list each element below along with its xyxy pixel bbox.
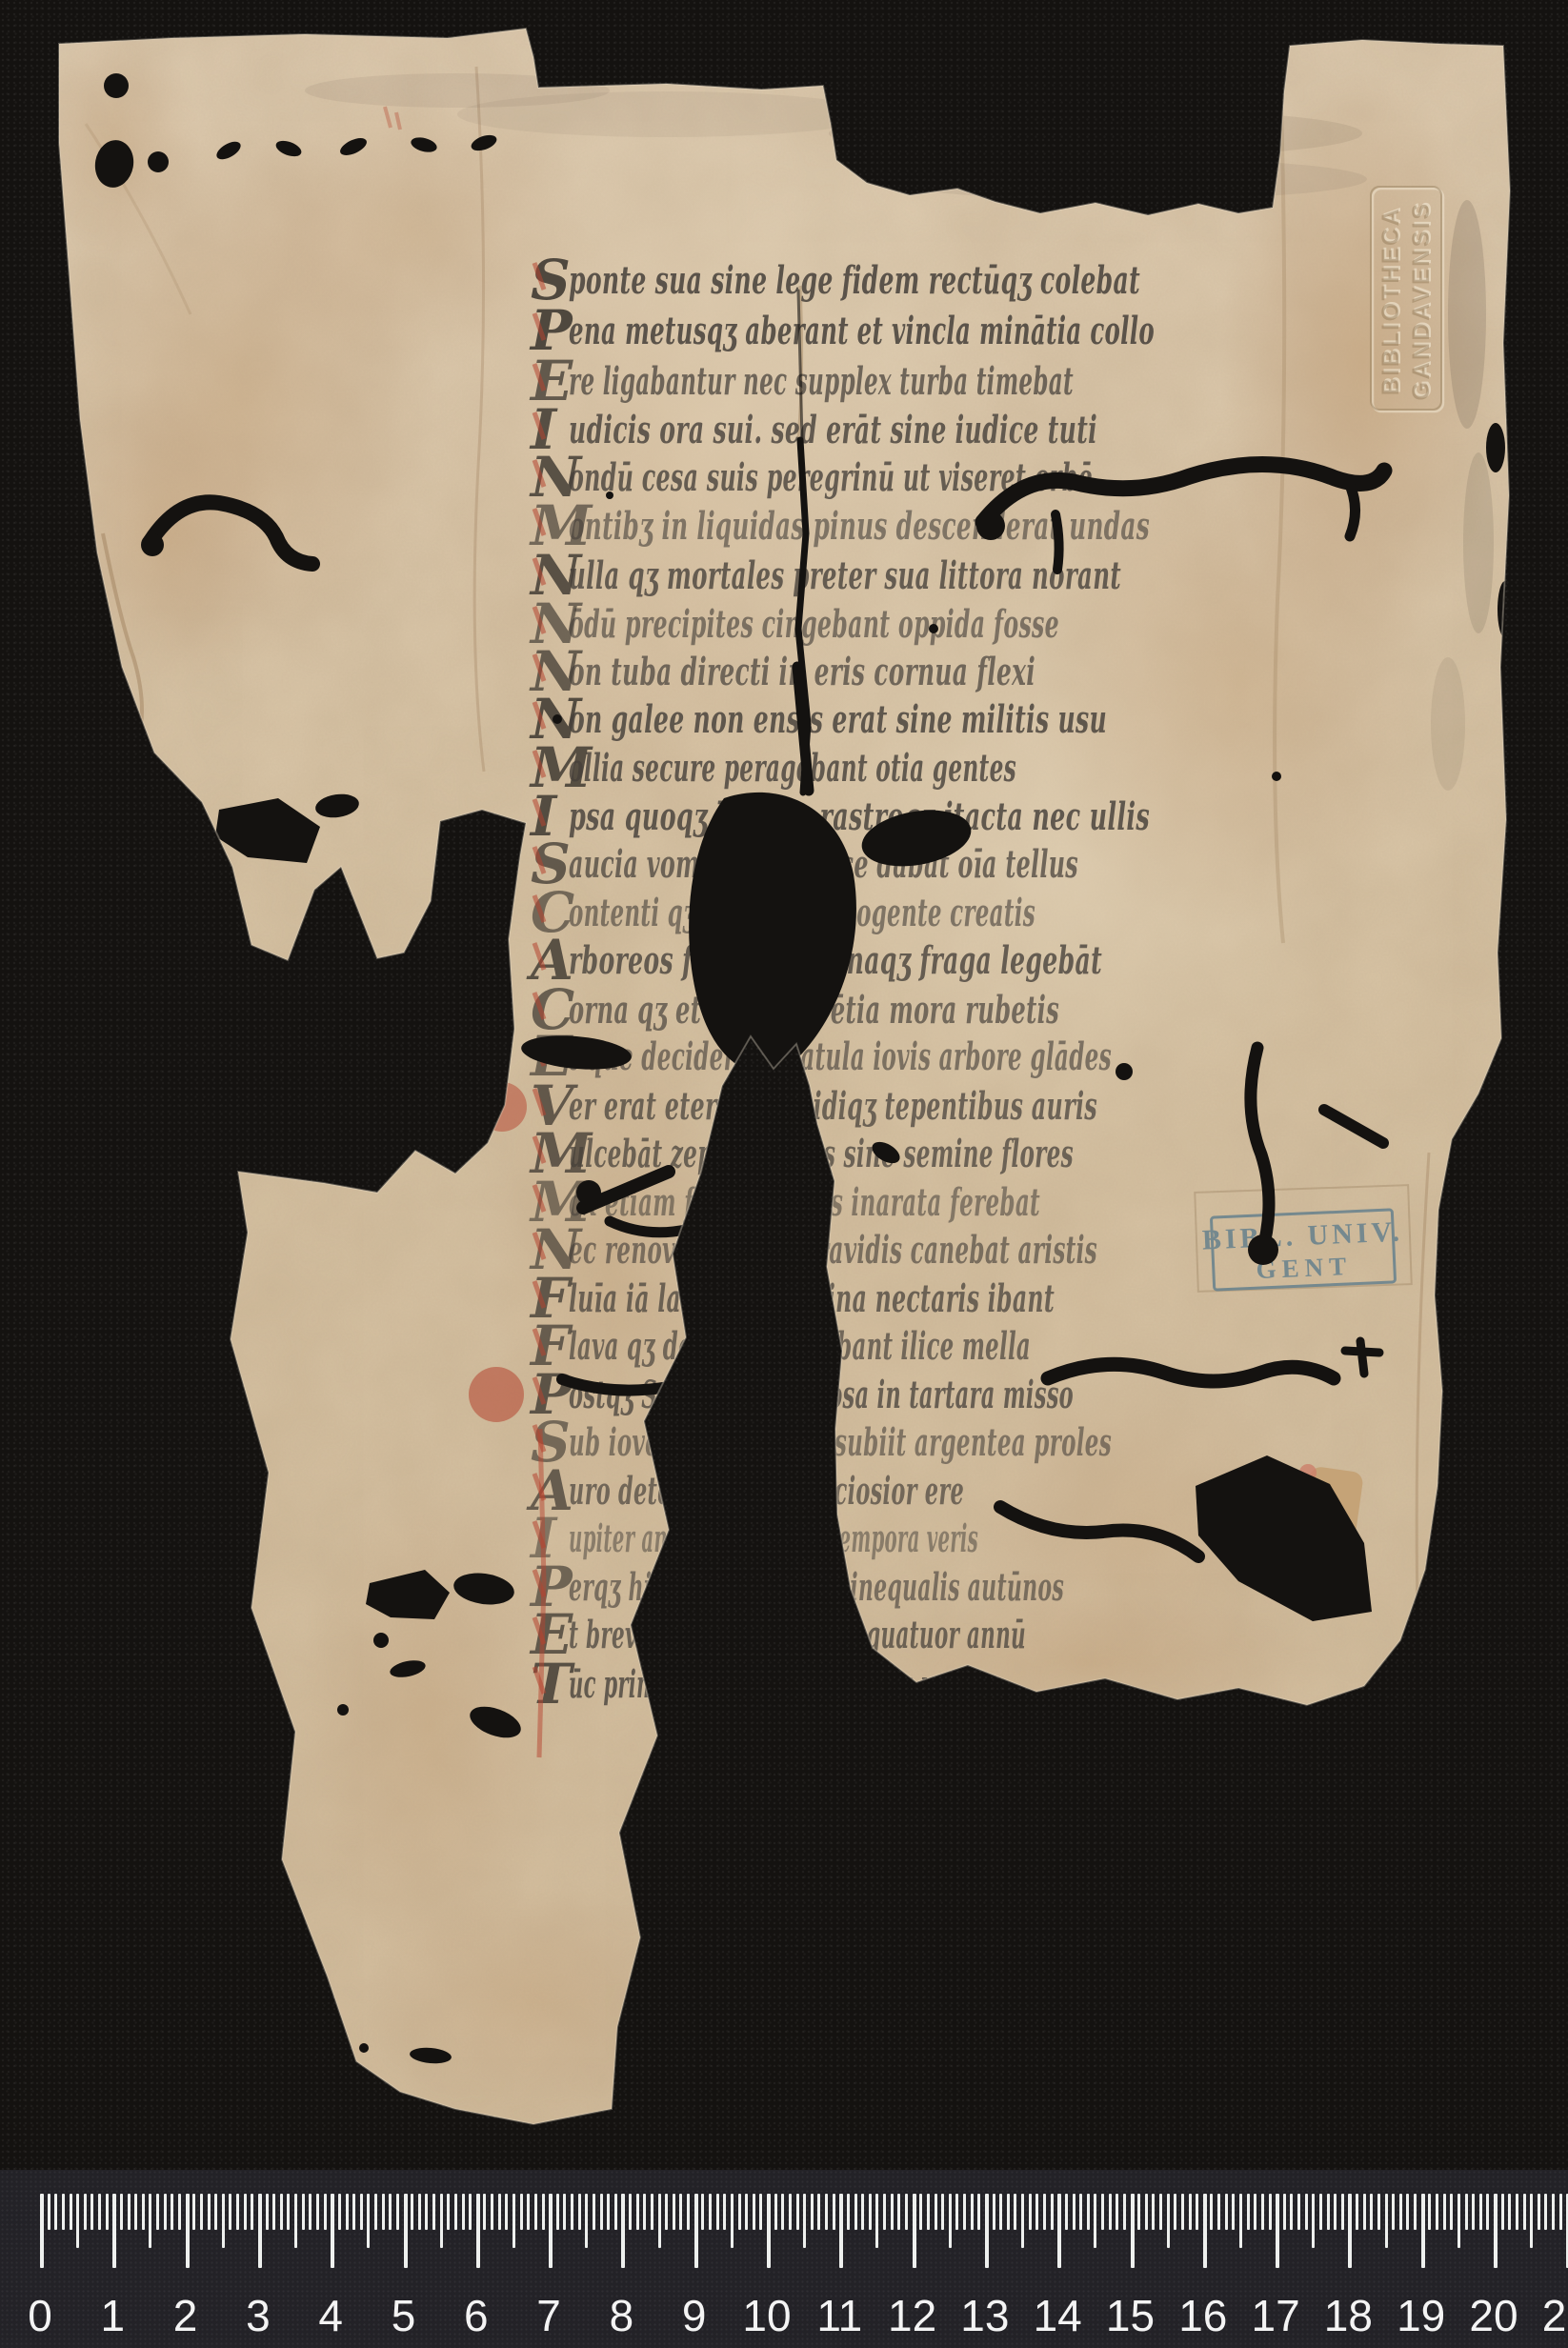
ruler-number: 18 — [1310, 2290, 1386, 2341]
ruler-tick-mm — [781, 2194, 784, 2230]
ruler-tick-mm — [673, 2194, 675, 2230]
centimeter-ruler: 0123456789101112131415161718192021 — [0, 2170, 1568, 2348]
ruler-tick-cm — [549, 2194, 553, 2268]
ruler-tick-mm — [971, 2194, 974, 2230]
ruler-tick-mm — [701, 2194, 704, 2230]
ruler-number: 1 — [74, 2290, 151, 2341]
ruler-tick-mm — [1101, 2194, 1104, 2230]
ruler-tick-mm — [1196, 2194, 1198, 2230]
ruler-tick-mm — [1406, 2194, 1409, 2230]
ruler-tick-mm — [1399, 2194, 1402, 2230]
ruler-tick-mm — [1508, 2194, 1511, 2230]
ruler-tick-mm — [811, 2194, 814, 2230]
ruler-tick-mm — [491, 2194, 493, 2230]
ruler-tick-mm — [1516, 2194, 1518, 2230]
ruler-number: 19 — [1383, 2290, 1459, 2341]
ruler-tick-mm — [1043, 2194, 1046, 2230]
ruler-tick-mm — [1363, 2194, 1366, 2230]
ruler-tick-mm — [636, 2194, 639, 2230]
ruler-tick-cm — [767, 2194, 771, 2268]
ruler-tick-mm — [1486, 2194, 1489, 2230]
ruler-tick-mm — [1544, 2194, 1547, 2230]
ruler-number: 11 — [801, 2290, 877, 2341]
ruler-tick-mm — [76, 2194, 79, 2248]
ruler-tick-mm — [360, 2194, 363, 2230]
ruler-number: 15 — [1093, 2290, 1169, 2341]
ruler-tick-mm — [1450, 2194, 1453, 2230]
ruler-tick-mm — [1457, 2194, 1460, 2248]
manuscript-line: upiter antiqui contraxit tempora veris — [569, 1516, 978, 1561]
hole — [1272, 772, 1281, 781]
ruler-tick-mm — [1014, 2194, 1016, 2230]
ruler-tick-cm — [112, 2194, 116, 2268]
ruler-tick-cm — [1131, 2194, 1135, 2268]
ruler-number: 21 — [1528, 2290, 1568, 2341]
ruler-tick-mm — [833, 2194, 835, 2230]
ruler-tick-mm — [171, 2194, 173, 2230]
manuscript-photo: Sponte sua sine lege fidem rectūqʒ coleb… — [0, 0, 1568, 2348]
ruler-tick-mm — [1312, 2194, 1315, 2248]
ruler-tick-mm — [1269, 2194, 1272, 2230]
ruler-number: 16 — [1165, 2290, 1241, 2341]
ruler-tick-mm — [753, 2194, 755, 2230]
ruler-tick-mm — [411, 2194, 413, 2230]
ruler-tick-mm — [949, 2194, 952, 2248]
ruler-tick-mm — [993, 2194, 995, 2230]
ruler-tick-cm — [1276, 2194, 1279, 2268]
ruler-tick-mm — [1254, 2194, 1256, 2230]
ruler-tick-mm — [200, 2194, 203, 2230]
ruler-tick-mm — [440, 2194, 443, 2248]
ruler-tick-mm — [716, 2194, 719, 2230]
ruler-number: 20 — [1456, 2290, 1532, 2341]
manuscript-line: on galee non ensis erat sine militis usu — [569, 697, 1107, 742]
ruler-tick-mm — [208, 2194, 211, 2230]
ruler-tick-mm — [891, 2194, 894, 2230]
ruler-tick-mm — [963, 2194, 966, 2230]
ruler-tick-mm — [98, 2194, 101, 2230]
hole — [976, 512, 1005, 540]
ruler-tick-mm — [178, 2194, 181, 2230]
ruler-number: 8 — [583, 2290, 659, 2341]
ruler-tick-mm — [1073, 2194, 1075, 2230]
ruler-tick-mm — [803, 2194, 806, 2248]
ruler-tick-mm — [1021, 2194, 1024, 2248]
ruler-tick-cm — [913, 2194, 916, 2268]
ruler-tick-mm — [149, 2194, 151, 2248]
ruler-tick-mm — [62, 2194, 65, 2230]
ruler-number: 0 — [2, 2290, 78, 2341]
ruler-tick-mm — [759, 2194, 762, 2230]
svg-text:GANDAVENSIS: GANDAVENSIS — [1408, 201, 1435, 400]
ruler-tick-mm — [607, 2194, 610, 2230]
ruler-tick-mm — [70, 2194, 72, 2230]
ruler-tick-cm — [694, 2194, 698, 2268]
ruler-tick-mm — [534, 2194, 537, 2230]
ruler-tick-cm — [1421, 2194, 1425, 2268]
ruler-tick-mm — [1189, 2194, 1192, 2230]
ruler-tick-mm — [614, 2194, 617, 2230]
ruler-tick-cm — [40, 2194, 44, 2268]
ruler-tick-mm — [571, 2194, 573, 2230]
ruler-tick-mm — [1123, 2194, 1126, 2230]
ruler-tick-mm — [897, 2194, 900, 2230]
ruler-tick-mm — [1523, 2194, 1526, 2230]
ruler-tick-mm — [1051, 2194, 1054, 2230]
ruler-tick-mm — [1239, 2194, 1242, 2248]
ruler-tick-mm — [643, 2194, 646, 2230]
ruler-tick-mm — [90, 2194, 93, 2230]
ruler-tick-mm — [738, 2194, 741, 2230]
ruler-tick-mm — [367, 2194, 370, 2248]
ruler-tick-mm — [48, 2194, 50, 2230]
ruler-tick-mm — [338, 2194, 341, 2230]
hole — [1116, 1063, 1133, 1080]
hole — [141, 533, 164, 556]
manuscript-line: ponte sua sine lege fidem rectūqʒ coleba… — [569, 258, 1140, 303]
ruler-tick-mm — [1297, 2194, 1300, 2230]
ruler-tick-mm — [905, 2194, 908, 2230]
ruler-tick-mm — [563, 2194, 566, 2230]
ruler-tick-mm — [999, 2194, 1002, 2230]
manuscript-line: t que deciderant patula iovis arbore glā… — [569, 1034, 1112, 1079]
ruler-number: 10 — [729, 2290, 805, 2341]
hole — [1055, 514, 1059, 570]
ruler-tick-mm — [687, 2194, 690, 2230]
hole — [104, 73, 129, 98]
ruler-tick-mm — [251, 2194, 253, 2230]
ruler-tick-mm — [236, 2194, 239, 2230]
ruler-tick-mm — [629, 2194, 632, 2230]
ruler-number: 12 — [874, 2290, 951, 2341]
ruler-tick-mm — [309, 2194, 312, 2230]
ruler-tick-mm — [134, 2194, 137, 2230]
hole — [929, 624, 938, 633]
ruler-tick-cm — [1348, 2194, 1352, 2268]
ruler-tick-mm — [432, 2194, 435, 2230]
ruler-tick-cm — [1203, 2194, 1207, 2268]
ruler-tick-mm — [1472, 2194, 1475, 2230]
hole — [576, 1180, 601, 1205]
ruler-tick-mm — [222, 2194, 225, 2248]
ruler-tick-mm — [164, 2194, 167, 2230]
ruler-tick-cm — [331, 2194, 334, 2268]
ruler-tick-mm — [244, 2194, 247, 2230]
ruler-tick-mm — [1341, 2194, 1344, 2230]
ruler-tick-cm — [621, 2194, 625, 2268]
ruler-tick-mm — [1428, 2194, 1431, 2230]
manuscript-line: erqʒ hiemes estusqʒ et inequalis autūnos — [569, 1565, 1064, 1610]
manuscript-line: ulla qʒ mortales preter sua littora nora… — [569, 553, 1121, 598]
ruler-tick-mm — [142, 2194, 145, 2230]
ruler-tick-mm — [462, 2194, 465, 2230]
ruler-tick-mm — [593, 2194, 595, 2230]
ruler-tick-mm — [1327, 2194, 1330, 2230]
ruler-number: 4 — [292, 2290, 369, 2341]
ruler-tick-mm — [774, 2194, 777, 2230]
hole — [1486, 423, 1505, 472]
ruler-tick-mm — [651, 2194, 653, 2230]
ruler-number: 13 — [947, 2290, 1023, 2341]
ruler-tick-mm — [1087, 2194, 1090, 2230]
manuscript-line: ōdū precipites cingebant oppida fosse — [569, 602, 1059, 647]
ruler-tick-mm — [1370, 2194, 1373, 2230]
ruler-tick-mm — [861, 2194, 864, 2230]
ruler-tick-mm — [723, 2194, 726, 2230]
ruler-tick-mm — [1305, 2194, 1308, 2230]
manuscript-line: er erat eternū placidiqʒ tepentibus auri… — [569, 1084, 1097, 1129]
ruler-tick-mm — [214, 2194, 217, 2230]
ruler-tick-mm — [302, 2194, 305, 2230]
ruler-tick-mm — [1232, 2194, 1235, 2230]
ruler-tick-mm — [382, 2194, 385, 2230]
ruler-tick-mm — [1181, 2194, 1184, 2230]
ruler-tick-mm — [1210, 2194, 1213, 2230]
ruler-tick-mm — [1035, 2194, 1038, 2230]
ruler-tick-mm — [1145, 2194, 1148, 2230]
ruler-tick-mm — [1443, 2194, 1446, 2230]
ruler-number: 2 — [148, 2290, 224, 2341]
ruler-tick-cm — [839, 2194, 843, 2268]
ruler-tick-mm — [418, 2194, 421, 2230]
ruler-tick-mm — [1414, 2194, 1417, 2230]
ruler-tick-cm — [985, 2194, 989, 2268]
ruler-tick-mm — [324, 2194, 327, 2230]
ruler-tick-mm — [854, 2194, 857, 2230]
ruler-tick-mm — [513, 2194, 515, 2248]
ruler-tick-mm — [294, 2194, 297, 2248]
ruler-tick-mm — [935, 2194, 937, 2230]
ruler-number: 5 — [366, 2290, 442, 2341]
manuscript-line: psa quoqʒ īmunis rastroqʒ itacta nec ull… — [569, 794, 1150, 839]
ruler-tick-mm — [1159, 2194, 1162, 2230]
hole — [845, 88, 856, 99]
ruler-tick-cm — [1057, 2194, 1061, 2268]
ruler-tick-mm — [106, 2194, 109, 2230]
ruler-tick-mm — [520, 2194, 523, 2230]
ruler-tick-mm — [447, 2194, 450, 2230]
hole — [1248, 1234, 1278, 1265]
manuscript-line: udicis ora sui. sed erāt sine iudice tut… — [569, 408, 1097, 452]
ruler-tick-mm — [817, 2194, 820, 2230]
hole — [337, 1704, 349, 1716]
ruler-tick-mm — [1217, 2194, 1220, 2230]
ruler-tick-mm — [789, 2194, 792, 2230]
ruler-tick-mm — [1109, 2194, 1112, 2230]
ruler-tick-mm — [120, 2194, 123, 2230]
ruler-tick-mm — [454, 2194, 457, 2230]
ruler-number: 3 — [220, 2290, 296, 2341]
ruler-tick-mm — [280, 2194, 283, 2230]
ruler-number: 17 — [1237, 2290, 1314, 2341]
ruler-tick-mm — [1029, 2194, 1032, 2230]
ruler-tick-mm — [1225, 2194, 1228, 2230]
ruler-tick-mm — [192, 2194, 195, 2230]
ruler-tick-mm — [869, 2194, 872, 2230]
ruler-tick-mm — [745, 2194, 748, 2230]
ruler-tick-mm — [825, 2194, 828, 2230]
ruler-tick-mm — [679, 2194, 682, 2230]
ruler-tick-mm — [1007, 2194, 1010, 2230]
ruler-tick-mm — [977, 2194, 980, 2230]
parchment-fragment-scene: Sponte sua sine lege fidem rectūqʒ coleb… — [0, 0, 1568, 2181]
ruler-tick-mm — [352, 2194, 355, 2230]
hole — [553, 714, 562, 724]
ruler-number: 9 — [656, 2290, 733, 2341]
ruler-tick-mm — [84, 2194, 87, 2230]
ruler-tick-mm — [1152, 2194, 1155, 2230]
ruler-tick-mm — [919, 2194, 922, 2230]
ruler-tick-mm — [658, 2194, 661, 2248]
ruler-tick-mm — [389, 2194, 392, 2230]
ruler-tick-mm — [1247, 2194, 1250, 2230]
hole — [373, 1633, 389, 1648]
ruler-tick-mm — [1174, 2194, 1176, 2230]
ruler-tick-cm — [404, 2194, 408, 2268]
ruler-tick-mm — [883, 2194, 886, 2230]
ruler-tick-mm — [1167, 2194, 1170, 2248]
hole — [148, 151, 169, 172]
ruler-tick-mm — [527, 2194, 530, 2230]
ruler-number: 14 — [1019, 2290, 1096, 2341]
ruler-tick-mm — [1065, 2194, 1068, 2230]
manuscript-line: uro deterior fulvo preciosior ere — [569, 1469, 964, 1514]
ruler-tick-mm — [1356, 2194, 1358, 2230]
ruler-tick-mm — [287, 2194, 290, 2230]
manuscript-line: lava qʒ de viridi stillabant ilice mella — [569, 1324, 1031, 1369]
ruler-tick-mm — [374, 2194, 377, 2230]
ruler-tick-mm — [600, 2194, 603, 2230]
hole — [359, 2043, 369, 2053]
ruler-tick-mm — [875, 2194, 878, 2248]
ruler-tick-mm — [505, 2194, 508, 2230]
parchment-surface: Sponte sua sine lege fidem rectūqʒ coleb… — [0, 0, 1568, 2181]
ruler-tick-mm — [1377, 2194, 1380, 2230]
ruler-tick-mm — [731, 2194, 734, 2248]
manuscript-line: luīa iā lactis iā flumina nectaris ibant — [569, 1276, 1055, 1321]
ruler-tick-mm — [54, 2194, 57, 2230]
ruler-tick-mm — [796, 2194, 799, 2230]
ruler-tick-mm — [1479, 2194, 1482, 2230]
ruler-tick-mm — [498, 2194, 501, 2230]
ruler-tick-mm — [1501, 2194, 1504, 2230]
ruler-tick-mm — [469, 2194, 472, 2230]
ruler-tick-mm — [1436, 2194, 1438, 2230]
ruler-tick-mm — [665, 2194, 668, 2230]
ruler-tick-mm — [542, 2194, 545, 2230]
ruler-tick-mm — [1334, 2194, 1337, 2230]
ruler-tick-mm — [1465, 2194, 1468, 2230]
ruler-tick-mm — [955, 2194, 958, 2230]
ruler-tick-mm — [483, 2194, 486, 2230]
ruler-number: 7 — [511, 2290, 587, 2341]
ruler-tick-mm — [927, 2194, 930, 2230]
manuscript-line: ūc primū siccis aer fervoribus ustus — [569, 1662, 983, 1707]
ruler-tick-mm — [941, 2194, 944, 2230]
ruler-tick-mm — [847, 2194, 850, 2230]
ruler-tick-mm — [1290, 2194, 1293, 2230]
ruler-tick-mm — [272, 2194, 275, 2230]
ruler-tick-mm — [128, 2194, 131, 2230]
ruler-tick-mm — [1530, 2194, 1533, 2248]
ruler-tick-mm — [1538, 2194, 1540, 2230]
manuscript-line: re ligabantur nec supplex turba timebat — [569, 359, 1074, 404]
ruler-tick-mm — [1261, 2194, 1264, 2230]
ruler-tick-cm — [258, 2194, 262, 2268]
ruler-tick-mm — [1385, 2194, 1388, 2248]
ruler-tick-mm — [578, 2194, 581, 2230]
ruler-tick-cm — [186, 2194, 190, 2268]
ruler-tick-mm — [266, 2194, 269, 2230]
ruler-tick-mm — [1392, 2194, 1395, 2230]
ruler-tick-mm — [1116, 2194, 1118, 2230]
ruler-tick-mm — [425, 2194, 428, 2230]
ruler-number: 6 — [438, 2290, 514, 2341]
ruler-tick-mm — [1552, 2194, 1555, 2230]
manuscript-line: ollia secure peragebant otia gentes — [569, 746, 1016, 791]
ruler-tick-mm — [396, 2194, 399, 2230]
ruler-tick-mm — [585, 2194, 588, 2248]
ruler-tick-cm — [1494, 2194, 1498, 2268]
ruler-tick-cm — [476, 2194, 480, 2268]
ruler-tick-mm — [709, 2194, 712, 2230]
ruler-tick-mm — [1094, 2194, 1096, 2248]
ruler-tick-mm — [1319, 2194, 1322, 2230]
ruler-tick-mm — [316, 2194, 319, 2230]
svg-text:BIBLIOTHECA: BIBLIOTHECA — [1377, 207, 1404, 395]
ruler-tick-mm — [346, 2194, 349, 2230]
manuscript-line: ena metusqʒ aberant et vincla minātia co… — [569, 309, 1155, 353]
ruler-tick-mm — [1079, 2194, 1082, 2230]
ruler-tick-mm — [1559, 2194, 1562, 2230]
ruler-tick-mm — [229, 2194, 231, 2230]
hole — [606, 492, 613, 499]
manuscript-line: ub iove mundus erat subiit argentea prol… — [569, 1420, 1112, 1465]
ruler-tick-mm — [1137, 2194, 1140, 2230]
ruler-tick-mm — [156, 2194, 159, 2230]
ruler-tick-mm — [1283, 2194, 1286, 2230]
ruler-tick-mm — [556, 2194, 559, 2230]
